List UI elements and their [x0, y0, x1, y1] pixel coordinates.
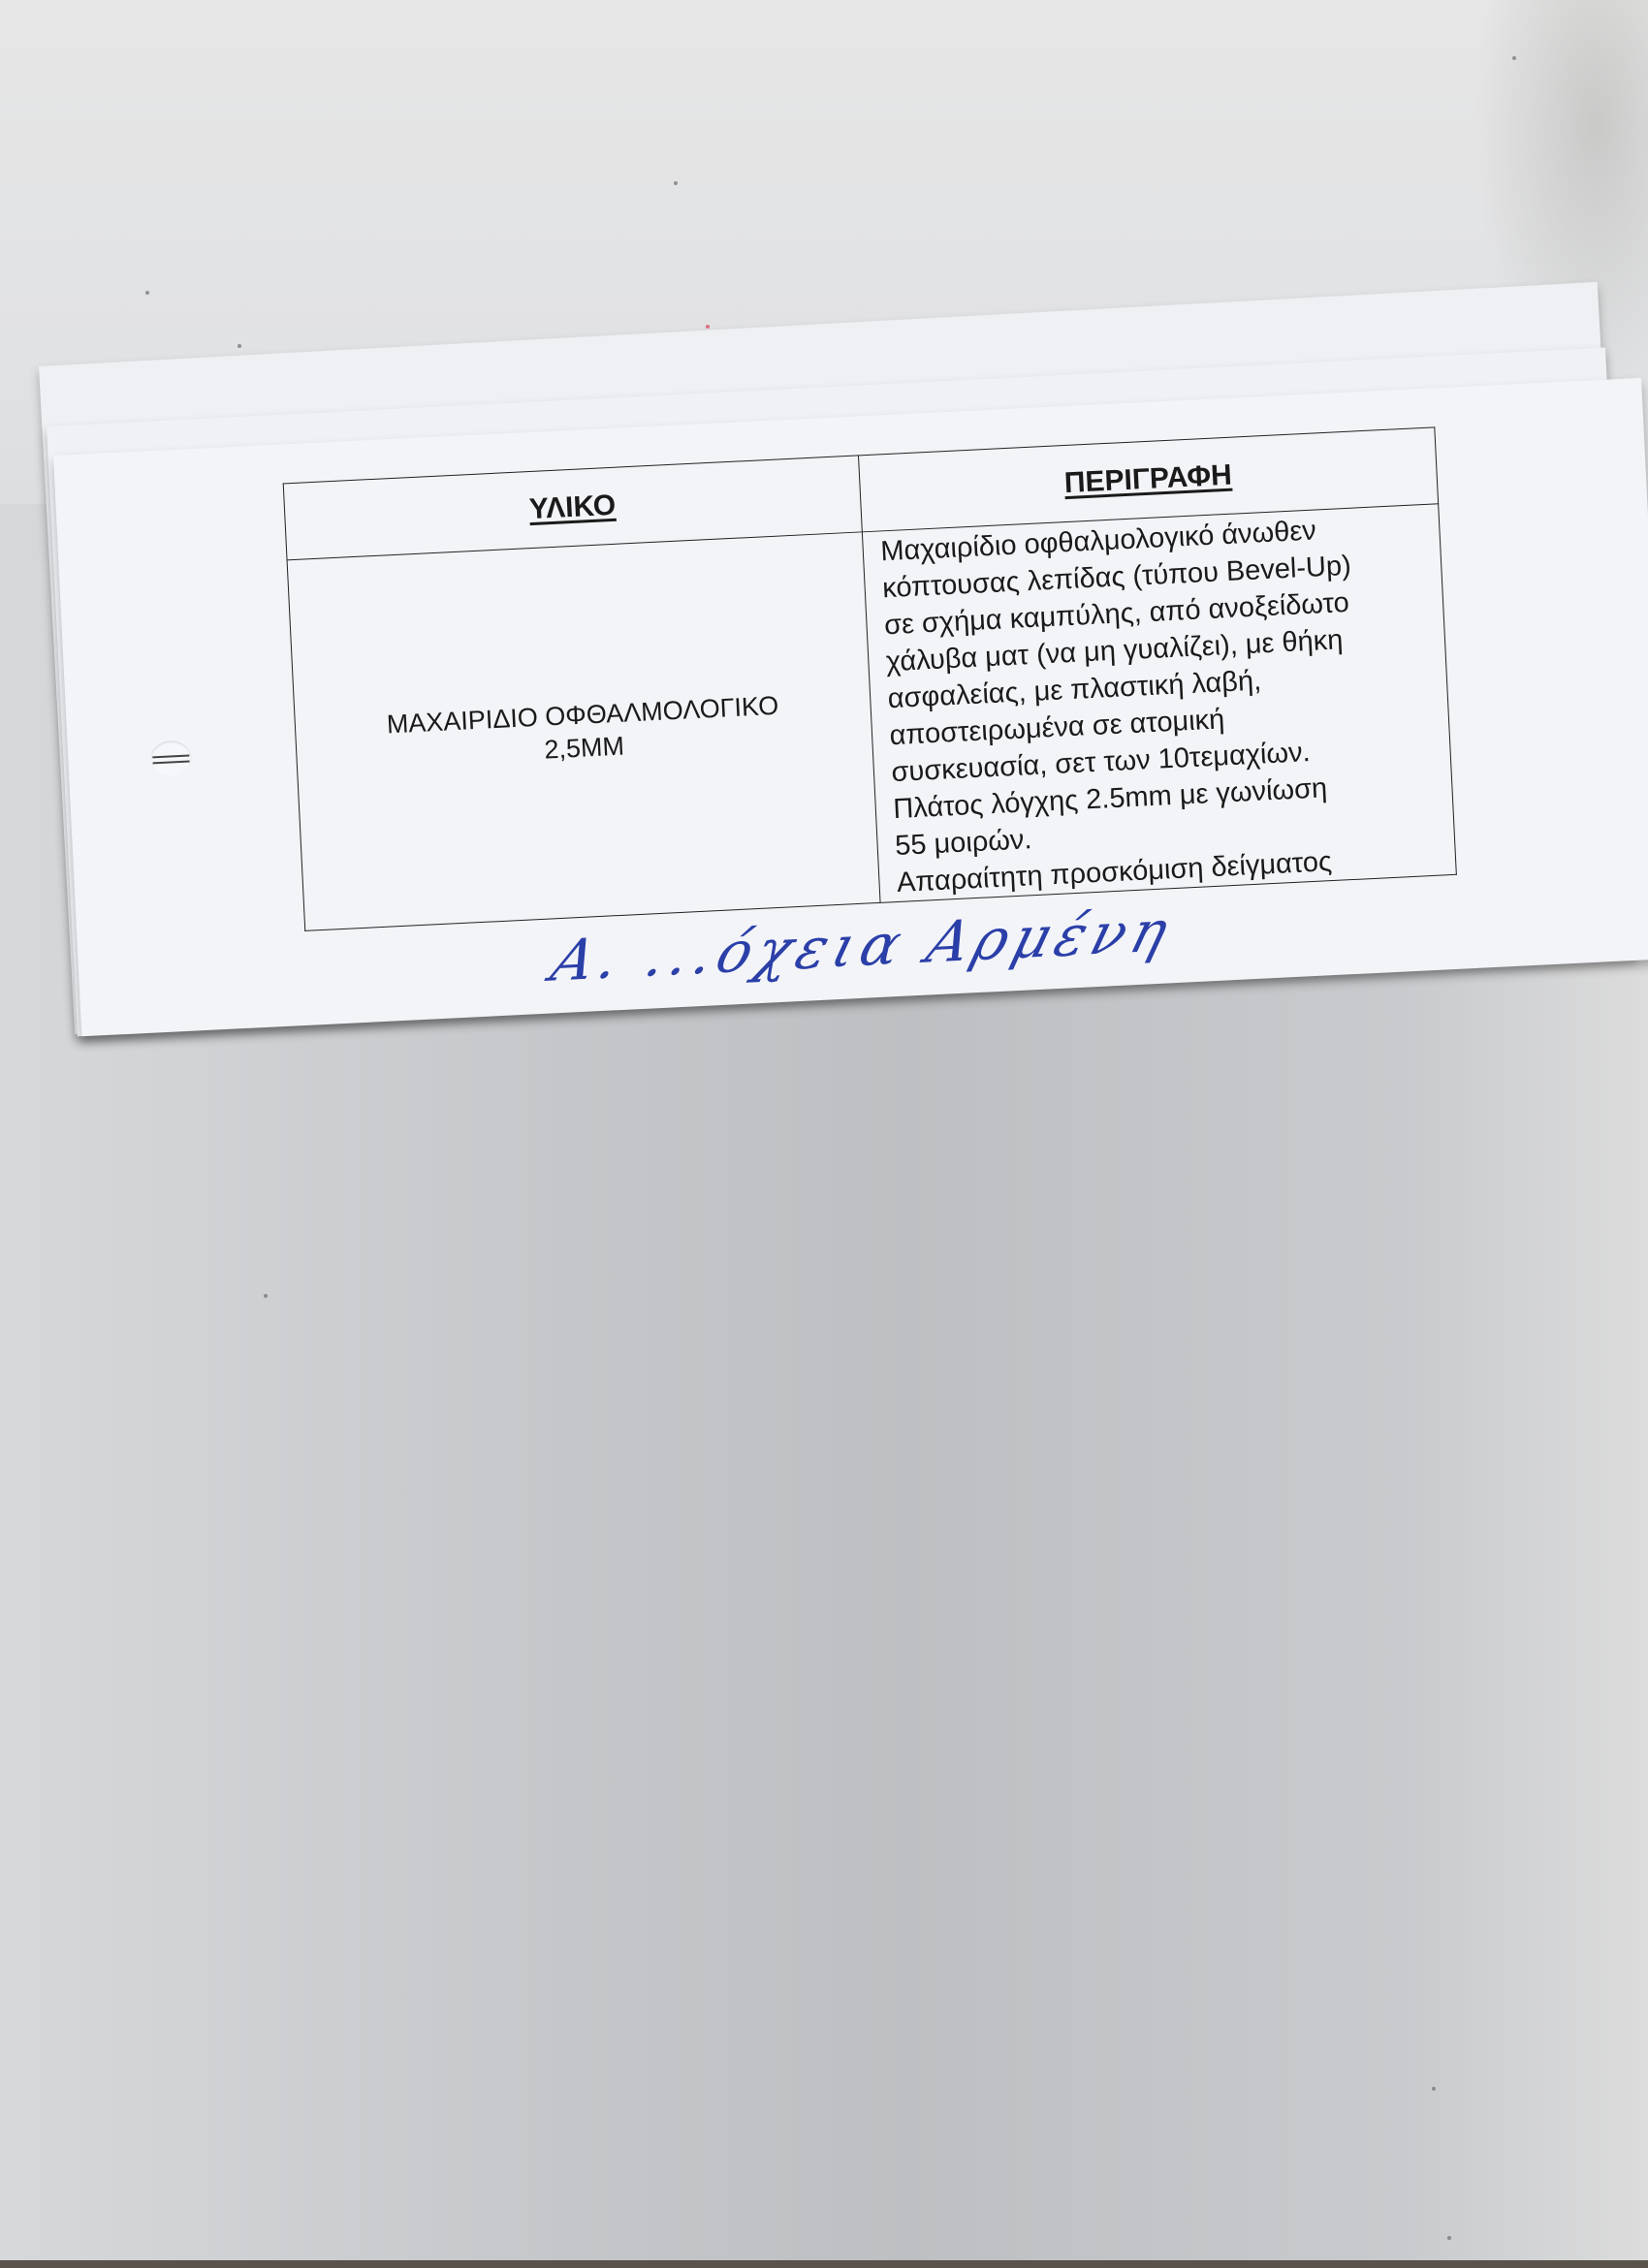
dust-speck — [264, 1294, 268, 1298]
specification-table: ΥΛΙΚΟ ΠΕΡΙΓΡΑΦΗ ΜΑΧΑΙΡΙΔΙΟ ΟΦΘΑΛΜΟΛΟΓΙΚΟ… — [283, 426, 1457, 931]
description-cell: Μαχαιρίδιο οφθαλμολογικό άνωθεν κόπτουσα… — [862, 504, 1456, 903]
material-cell: ΜΑΧΑΙΡΙΔΙΟ ΟΦΘΑΛΜΟΛΟΓΙΚΟ 2,5ΜΜ — [287, 532, 880, 931]
dust-speck — [1432, 2087, 1436, 2091]
dust-speck — [674, 181, 678, 185]
scanner-bottom-edge — [0, 2260, 1648, 2268]
dust-speck — [706, 325, 710, 329]
table-row: ΜΑΧΑΙΡΙΔΙΟ ΟΦΘΑΛΜΟΛΟΓΙΚΟ 2,5ΜΜ Μαχαιρίδι… — [287, 504, 1456, 931]
dust-speck — [1512, 56, 1516, 60]
dust-speck — [145, 291, 149, 295]
dust-speck — [238, 344, 241, 348]
punch-hole-icon — [150, 740, 193, 776]
dust-speck — [1447, 2236, 1451, 2240]
paper-sheet-front: ΥΛΙΚΟ ΠΕΡΙΓΡΑΦΗ ΜΑΧΑΙΡΙΔΙΟ ΟΦΘΑΛΜΟΛΟΓΙΚΟ… — [53, 378, 1648, 1036]
